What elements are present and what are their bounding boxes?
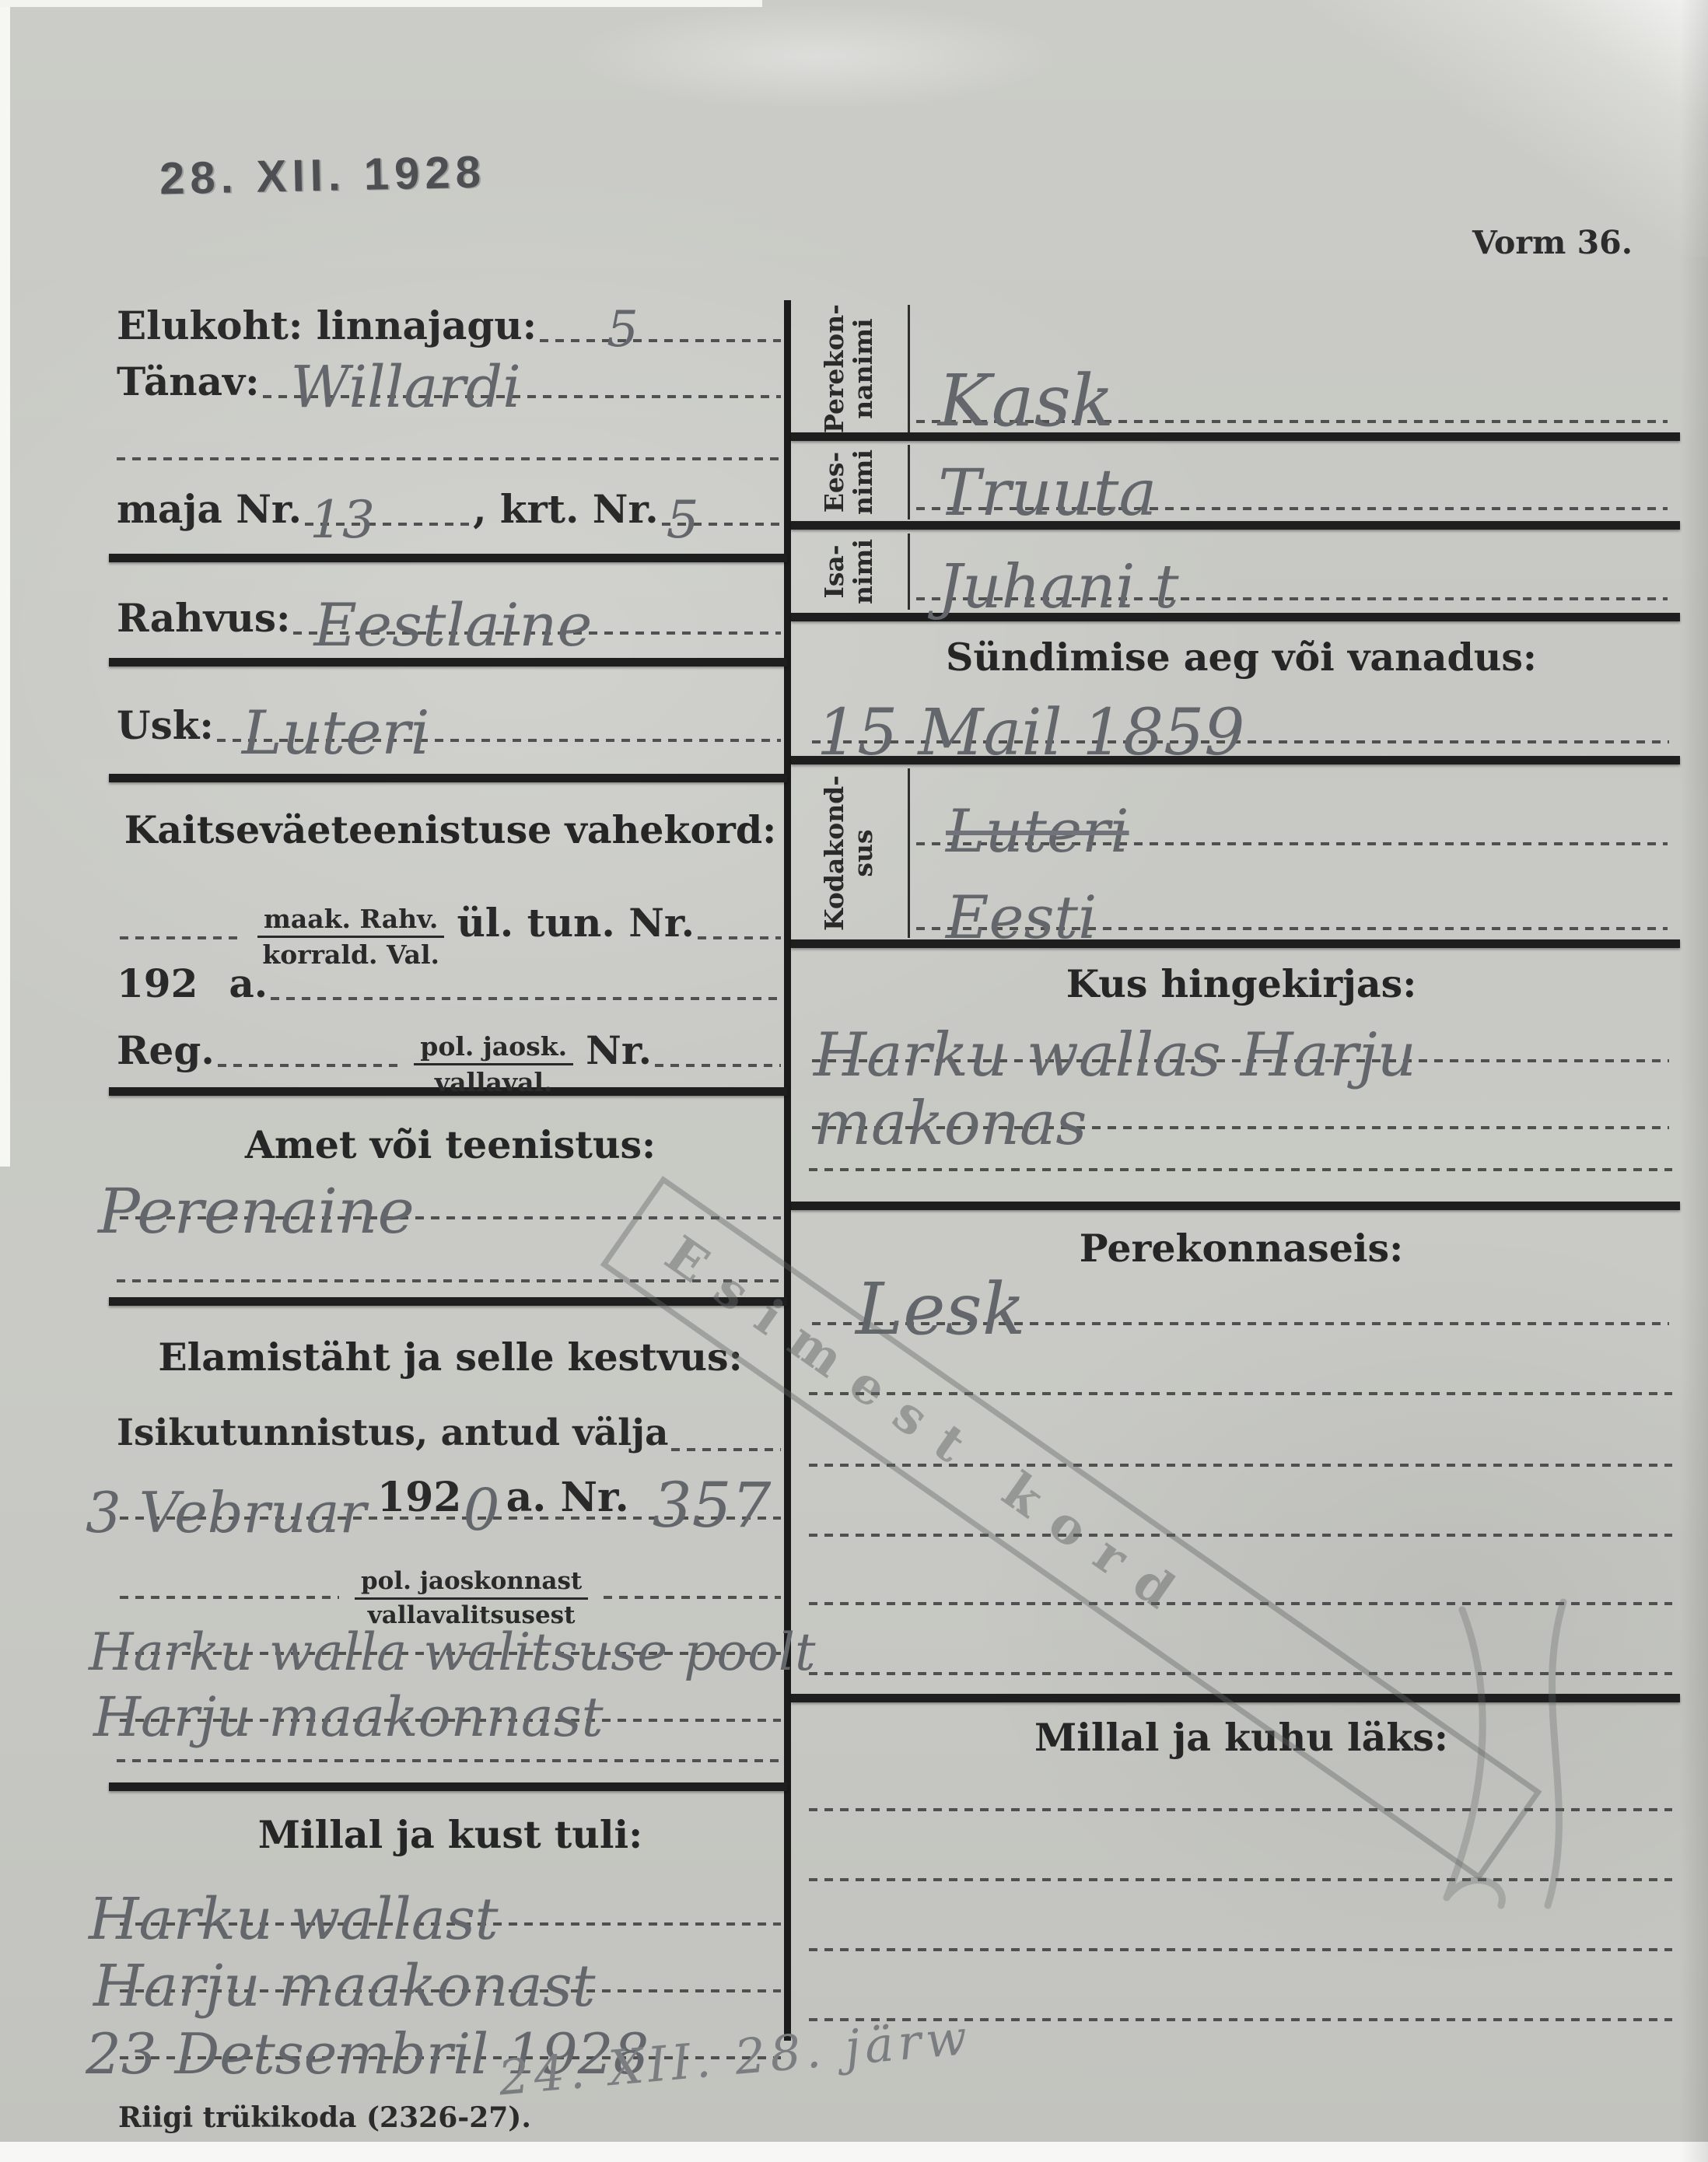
tuli-line2-handwritten: Harju maakonast xyxy=(93,1961,595,2013)
label-line1: Perekon- xyxy=(821,304,849,433)
label-line1: Kodakond- xyxy=(821,775,849,931)
eesnimi-value-handwritten: Truuta xyxy=(938,465,1157,523)
scan-edge-left xyxy=(0,0,10,1167)
rule-line xyxy=(109,554,787,562)
amet-value-handwritten: Perenaine xyxy=(98,1184,415,1240)
isiku-a-nr-label: a. Nr. xyxy=(506,1474,629,1527)
pol-vallaval-fraction: pol. jaosk. vallaval. xyxy=(414,1031,573,1098)
empty-dotted-line xyxy=(117,1759,784,1762)
rule-line xyxy=(791,432,1680,441)
fraction-bottom: korrald. Val. xyxy=(262,938,439,971)
antud-line1-handwritten: Harku walla walitsuse poolt xyxy=(89,1629,816,1675)
scanned-registration-form: 28. XII. 1928 Vorm 36. Elukoht: linnajag… xyxy=(0,0,1708,2162)
rule-line xyxy=(791,939,1680,948)
field-hingekirjas-line1: Harku wallas Harju xyxy=(809,999,1672,1070)
paper-edge-shadow xyxy=(1680,0,1708,2162)
tanav-value-handwritten: Willardi xyxy=(291,362,521,414)
rahvus-line: Eestlaine xyxy=(290,599,784,642)
kaitse-heading: Kaitseväeteenistuse vahekord: xyxy=(117,807,784,852)
nr-label: Nr. xyxy=(586,1031,652,1075)
field-kodakondsus: Kodakond- sus Luteri Eesti xyxy=(791,768,1680,938)
field-isikutunnistus: Isikutunnistus, antud välja xyxy=(117,1400,784,1459)
isanimi-label-cell: Isa- nimi xyxy=(791,534,910,610)
field-maja-krt: maja Nr. 13 , krt. Nr. 5 xyxy=(117,465,784,534)
field-reg: Reg. pol. jaosk. vallaval. Nr. xyxy=(117,997,784,1075)
fraction-bottom: vallaval. xyxy=(435,1065,553,1098)
isiku-nr-handwritten: 357 xyxy=(653,1478,772,1534)
ul-tun-label: ül. tun. Nr. xyxy=(457,904,695,947)
label-line1: Ees- xyxy=(821,452,849,513)
hingekirjas-line1-handwritten: Harku wallas Harju xyxy=(814,1028,1416,1083)
date-received-stamp: 28. XII. 1928 xyxy=(159,146,486,205)
perekonnanimi-line: Kask xyxy=(910,305,1680,432)
maja-label: maja Nr. xyxy=(117,490,302,534)
rule-line xyxy=(109,774,787,782)
field-tanav: Tänav: Willardi xyxy=(117,336,784,406)
kodakondsus-label-cell: Kodakond- sus xyxy=(791,768,910,938)
field-isanimi: Isa- nimi Juhani t xyxy=(791,534,1680,610)
label-line1: Isa- xyxy=(821,544,849,598)
empty-dotted-line xyxy=(809,1168,1672,1171)
isiku-year-handwritten: 0 xyxy=(463,1485,499,1537)
kodakondsus-struck-value-handwritten: Luteri xyxy=(946,805,1129,858)
elukoht-value-handwritten: 5 xyxy=(607,308,639,353)
amet-heading: Amet või teenistus: xyxy=(117,1122,784,1167)
label-line2: nanimi xyxy=(849,318,878,418)
fraction-top: pol. jaosk. xyxy=(414,1031,573,1066)
fraction-top: pol. jaoskonnast xyxy=(355,1567,588,1600)
rahvus-label: Rahvus: xyxy=(117,599,290,642)
rule-line xyxy=(791,521,1680,530)
field-isikutunnistus-date: 3 Vebruar 192 0 a. Nr. 357 xyxy=(117,1453,784,1527)
empty-dotted-line xyxy=(809,1534,1672,1537)
perekonnanimi-label: Perekon- nanimi xyxy=(821,304,878,433)
field-eesnimi: Ees- nimi Truuta xyxy=(791,445,1680,520)
paper-wrinkle xyxy=(467,0,1167,187)
elamis-heading: Elamistäht ja selle kestvus: xyxy=(117,1335,784,1380)
field-perekonnanimi: Perekon- nanimi Kask xyxy=(791,305,1680,432)
rule-line xyxy=(791,1202,1680,1210)
isiku-year-print: 192 xyxy=(377,1474,462,1527)
tanav-line: Willardi xyxy=(260,362,784,406)
eesnimi-label-cell: Ees- nimi xyxy=(791,445,910,520)
empty-dotted-line xyxy=(117,457,784,460)
perekonnanimi-label-cell: Perekon- nanimi xyxy=(791,305,910,432)
isanimi-value-handwritten: Juhani t xyxy=(938,560,1179,614)
kodakondsus-line1: Luteri xyxy=(910,768,1680,853)
label-line2: sus xyxy=(849,829,878,876)
rule-line xyxy=(109,1782,787,1791)
printer-imprint: Riigi trükikoda (2326-27). xyxy=(118,2101,531,2134)
maak-korrald-fraction: maak. Rahv. korrald. Val. xyxy=(257,904,444,971)
isiku-date-handwritten: 3 Vebruar xyxy=(86,1488,366,1538)
hingekirjas-line2-handwritten: makonas xyxy=(814,1097,1087,1151)
label-line2: nimi xyxy=(849,539,878,604)
jaosk-fraction: pol. jaoskonnast vallavalitsusest xyxy=(355,1567,588,1630)
eesnimi-label: Ees- nimi xyxy=(821,450,878,515)
rahvus-value-handwritten: Eestlaine xyxy=(313,599,592,652)
sundimise-value-handwritten: 15 Mail 1859 xyxy=(817,705,1244,762)
rule-line xyxy=(791,613,1680,621)
fraction-top: maak. Rahv. xyxy=(257,904,444,939)
kodakondsus-lines: Luteri Eesti xyxy=(910,768,1680,938)
field-usk: Usk: Luteri xyxy=(117,680,784,750)
perekonnanimi-value-handwritten: Kask xyxy=(938,369,1115,434)
field-kaitse-tunnistus: maak. Rahv. korrald. Val. ül. tun. Nr. xyxy=(117,873,784,947)
rule-line xyxy=(109,658,787,666)
tuli-heading: Millal ja kust tuli: xyxy=(117,1812,784,1857)
usk-line: Luteri xyxy=(214,706,784,750)
field-perekonnaseis: Lesk xyxy=(809,1261,1672,1333)
field-tuli-line1: Harku wallast xyxy=(117,1860,784,1933)
usk-value-handwritten: Luteri xyxy=(242,706,430,761)
isikutunnistus-label: Isikutunnistus, antud välja xyxy=(117,1412,668,1459)
field-rahvus: Rahvus: Eestlaine xyxy=(117,574,784,642)
krt-label: , krt. Nr. xyxy=(473,490,659,534)
isanimi-line: Juhani t xyxy=(910,534,1680,610)
tanav-label: Tänav: xyxy=(117,362,260,406)
field-sundimise: 15 Mail 1859 xyxy=(809,683,1672,751)
tuli-line1-handwritten: Harku wallast xyxy=(89,1894,499,1946)
maja-line: 13 xyxy=(302,497,473,534)
usk-label: Usk: xyxy=(117,706,214,750)
empty-dotted-line xyxy=(809,1948,1672,1951)
paper-crease-top-right xyxy=(1226,0,1708,257)
reg-label: Reg. xyxy=(117,1031,215,1075)
kodakondsus-label: Kodakond- sus xyxy=(821,775,878,931)
krt-line: 5 xyxy=(659,497,784,534)
maja-value-handwritten: 13 xyxy=(310,497,375,543)
antud-line2-handwritten: Harju maakonnast xyxy=(93,1693,604,1742)
label-line2: nimi xyxy=(849,450,878,515)
form-number: Vorm 36. xyxy=(1472,224,1633,261)
isanimi-label: Isa- nimi xyxy=(821,539,878,604)
kodakondsus-value-handwritten: Eesti xyxy=(946,891,1097,944)
eesnimi-line: Truuta xyxy=(910,445,1680,520)
sundimise-heading: Sündimise aeg või vanadus: xyxy=(803,635,1680,680)
kodakondsus-line2: Eesti xyxy=(910,853,1680,938)
krt-value-handwritten: 5 xyxy=(667,497,699,543)
